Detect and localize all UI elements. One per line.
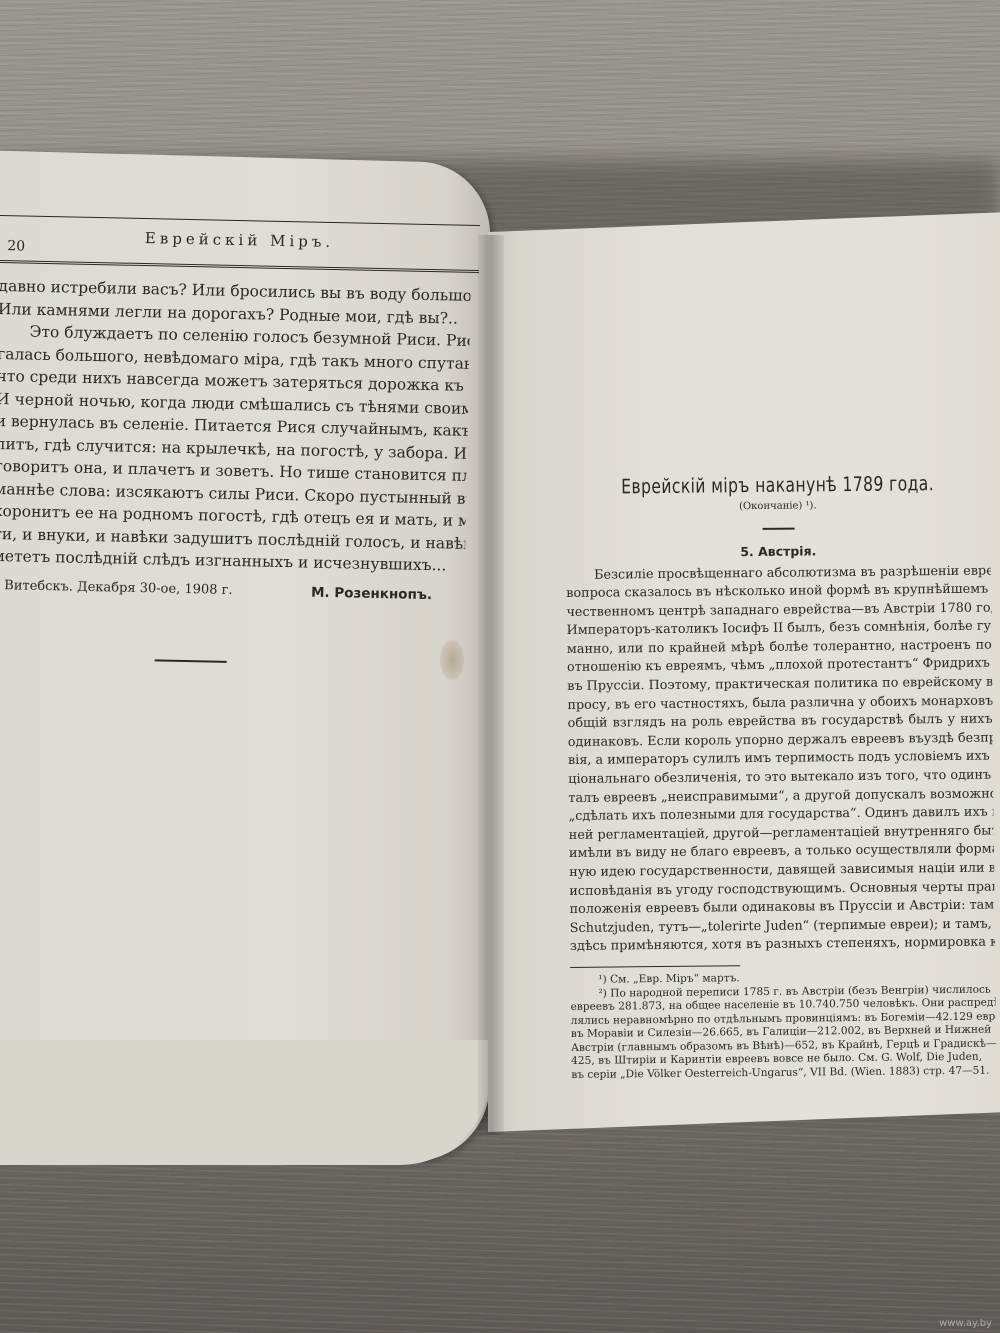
right-body-text: Безсиліе просвѣщеннаго абсолютизма въ ра… [566, 562, 995, 957]
book-gutter [478, 235, 504, 1135]
watermark: www.ay.by [939, 1318, 992, 1329]
footnote-rule [570, 965, 740, 968]
article-title: Еврейскій міръ наканунѣ 1789 года. [612, 471, 944, 498]
signoff: Витебскъ. Декабря 30-ое, 1908 г. М. Розе… [0, 577, 472, 603]
journal-title: Еврейскій Міръ. [0, 226, 480, 254]
right-page-content: Еврейскій міръ наканунѣ 1789 года. (Окон… [565, 471, 996, 1083]
left-page-content: 20 Еврейскій Міръ. давно истребили васъ?… [0, 215, 480, 667]
left-body-text: давно истребили васъ? Или бросились вы в… [0, 263, 479, 577]
title-rule [762, 528, 794, 530]
author-name: М. Розенкнопъ. [311, 584, 432, 603]
text-line: здѣсь примѣняются, хотя въ разныхъ степе… [570, 934, 995, 957]
running-head: 20 Еврейскій Міръ. [0, 215, 480, 273]
place-date: Витебскъ. Декабря 30-ое, 1908 г. [4, 578, 233, 599]
section-heading: 5. Австрія. [566, 541, 991, 560]
footnotes: ¹) См. „Евр. Міръ“ мартъ. ²) По народной… [570, 970, 996, 1082]
article-subtitle: (Окончаніе) ¹). [565, 499, 990, 514]
left-page-bottom-edge [0, 1040, 490, 1165]
